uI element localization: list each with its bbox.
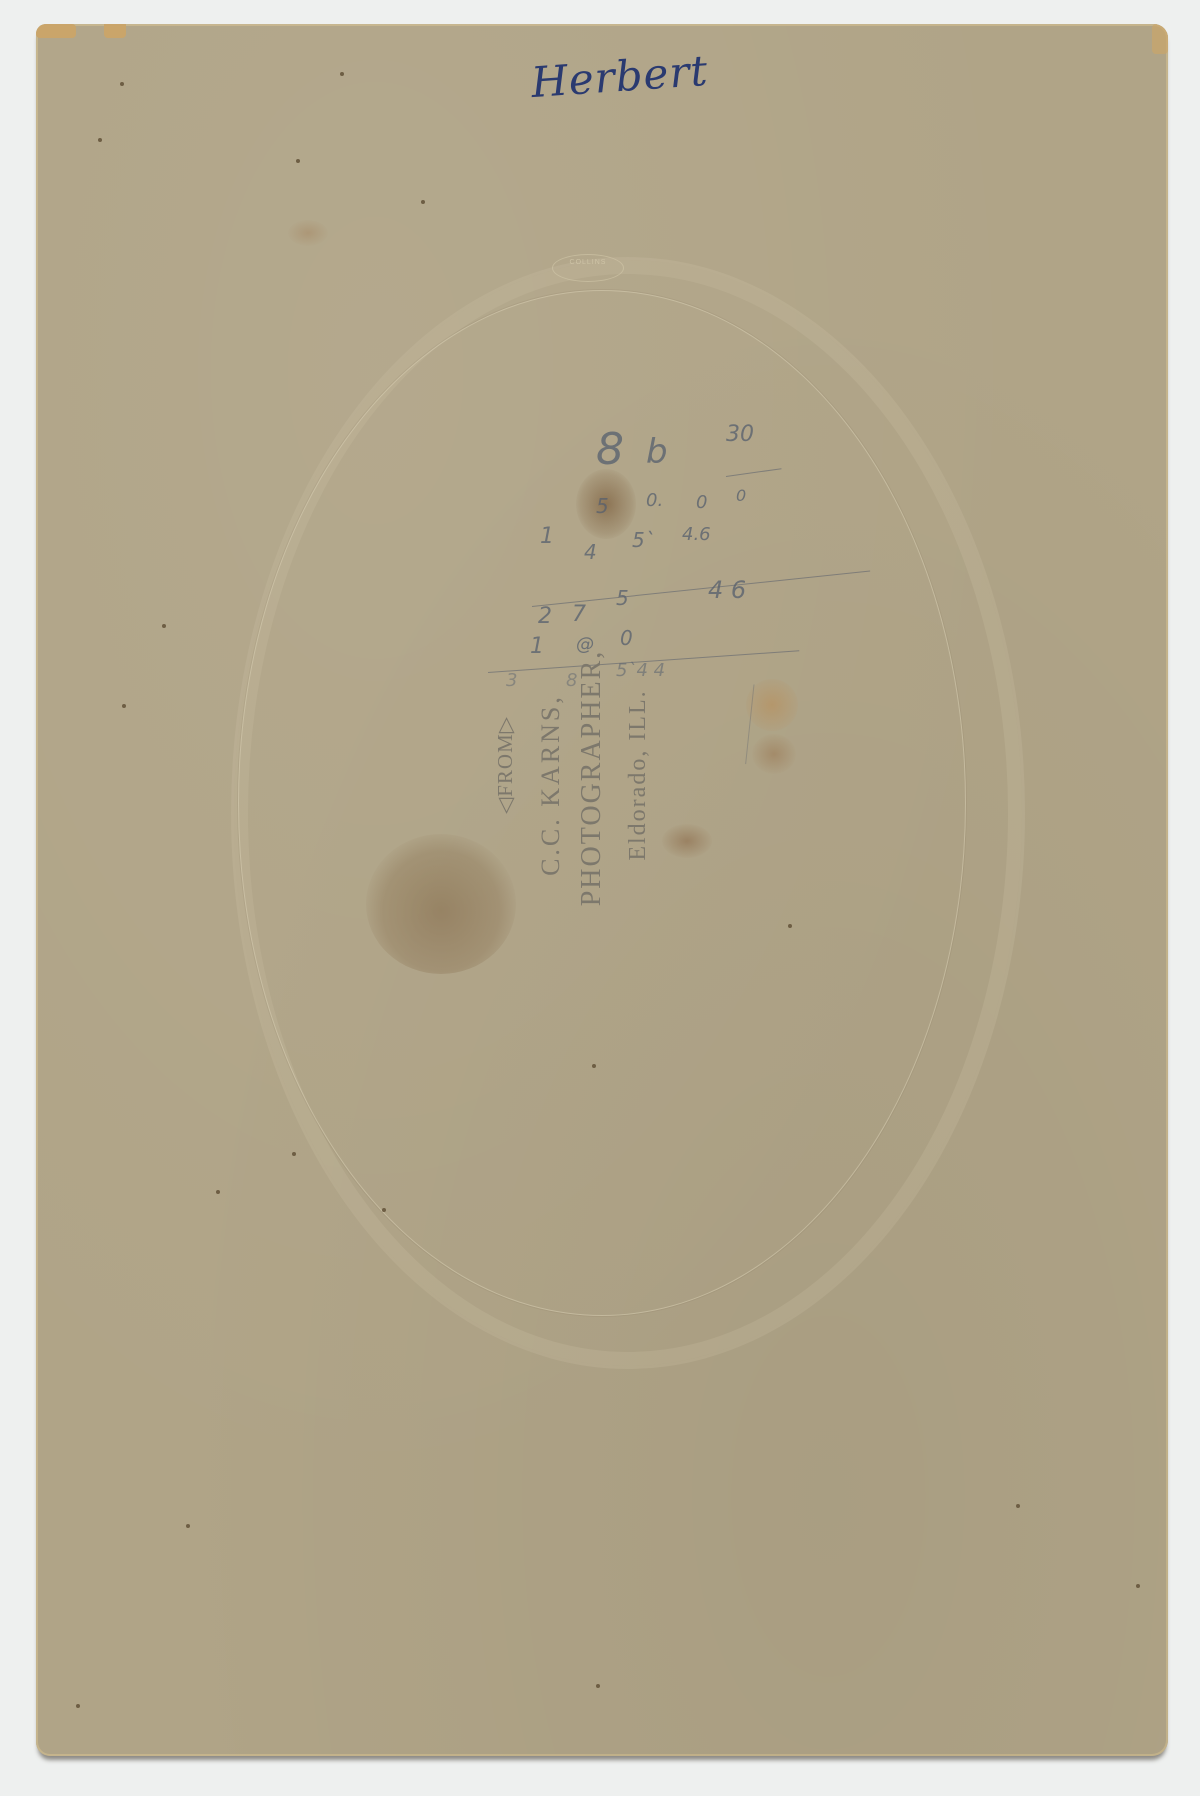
stain-small-center: [662, 824, 712, 858]
embossed-maker-stamp: COLLINS: [552, 254, 624, 282]
speck: [1136, 1584, 1140, 1588]
pencil-number: 0: [620, 626, 633, 650]
pencil-number: 0: [696, 492, 707, 513]
pencil-number: 5: [616, 586, 629, 610]
speck: [788, 924, 792, 928]
pencil-number: 0.: [646, 490, 663, 511]
cabinet-card-back: COLLINS Herbert 8 b 30 5 0. 0 0 1 4 5` 4…: [36, 24, 1168, 1756]
speck: [596, 1684, 600, 1688]
worn-edge-chip: [104, 24, 126, 38]
speck: [292, 1152, 296, 1156]
speck: [340, 72, 344, 76]
pencil-number: 8: [596, 424, 624, 475]
worn-corner-chip-right: [1152, 24, 1168, 54]
speck: [592, 1064, 596, 1068]
pencil-number: 4.6: [682, 524, 711, 545]
pencil-number: 5: [596, 494, 609, 518]
pencil-number: 3: [506, 670, 517, 691]
pencil-number: 1: [530, 634, 544, 659]
speck: [186, 1524, 190, 1528]
speck: [382, 1208, 386, 1212]
speck: [120, 82, 124, 86]
pencil-number: 7: [572, 602, 586, 627]
pencil-number: 4 6: [708, 576, 746, 604]
imprint-photographer-name: C.C. KARNS,: [536, 683, 564, 887]
imprint-from: ◁FROM▷: [493, 695, 515, 835]
speck: [296, 159, 300, 163]
imprint-title: PHOTOGRAPHER,: [576, 640, 608, 916]
speck: [98, 138, 102, 142]
maker-stamp-text: COLLINS: [570, 259, 607, 266]
pencil-number: 2: [538, 604, 552, 629]
pencil-number: 1: [540, 524, 554, 549]
speck: [1016, 1504, 1020, 1508]
pencil-number: b: [646, 432, 668, 472]
pencil-number: 5`: [632, 528, 655, 552]
speck: [122, 704, 126, 708]
stain-top-left: [288, 220, 328, 246]
large-water-stain: [366, 834, 516, 974]
speck: [76, 1704, 80, 1708]
speck: [162, 624, 166, 628]
imprint-location: Eldorado, ILL.: [625, 669, 651, 881]
speck: [216, 1190, 220, 1194]
stain-right-lower: [752, 734, 796, 774]
speck: [421, 200, 425, 204]
handwritten-name: Herbert: [530, 46, 710, 107]
pencil-number: 30: [726, 422, 754, 447]
pencil-number: 4: [584, 540, 597, 564]
pencil-number: 0: [736, 486, 746, 505]
worn-corner-chip: [36, 24, 76, 38]
